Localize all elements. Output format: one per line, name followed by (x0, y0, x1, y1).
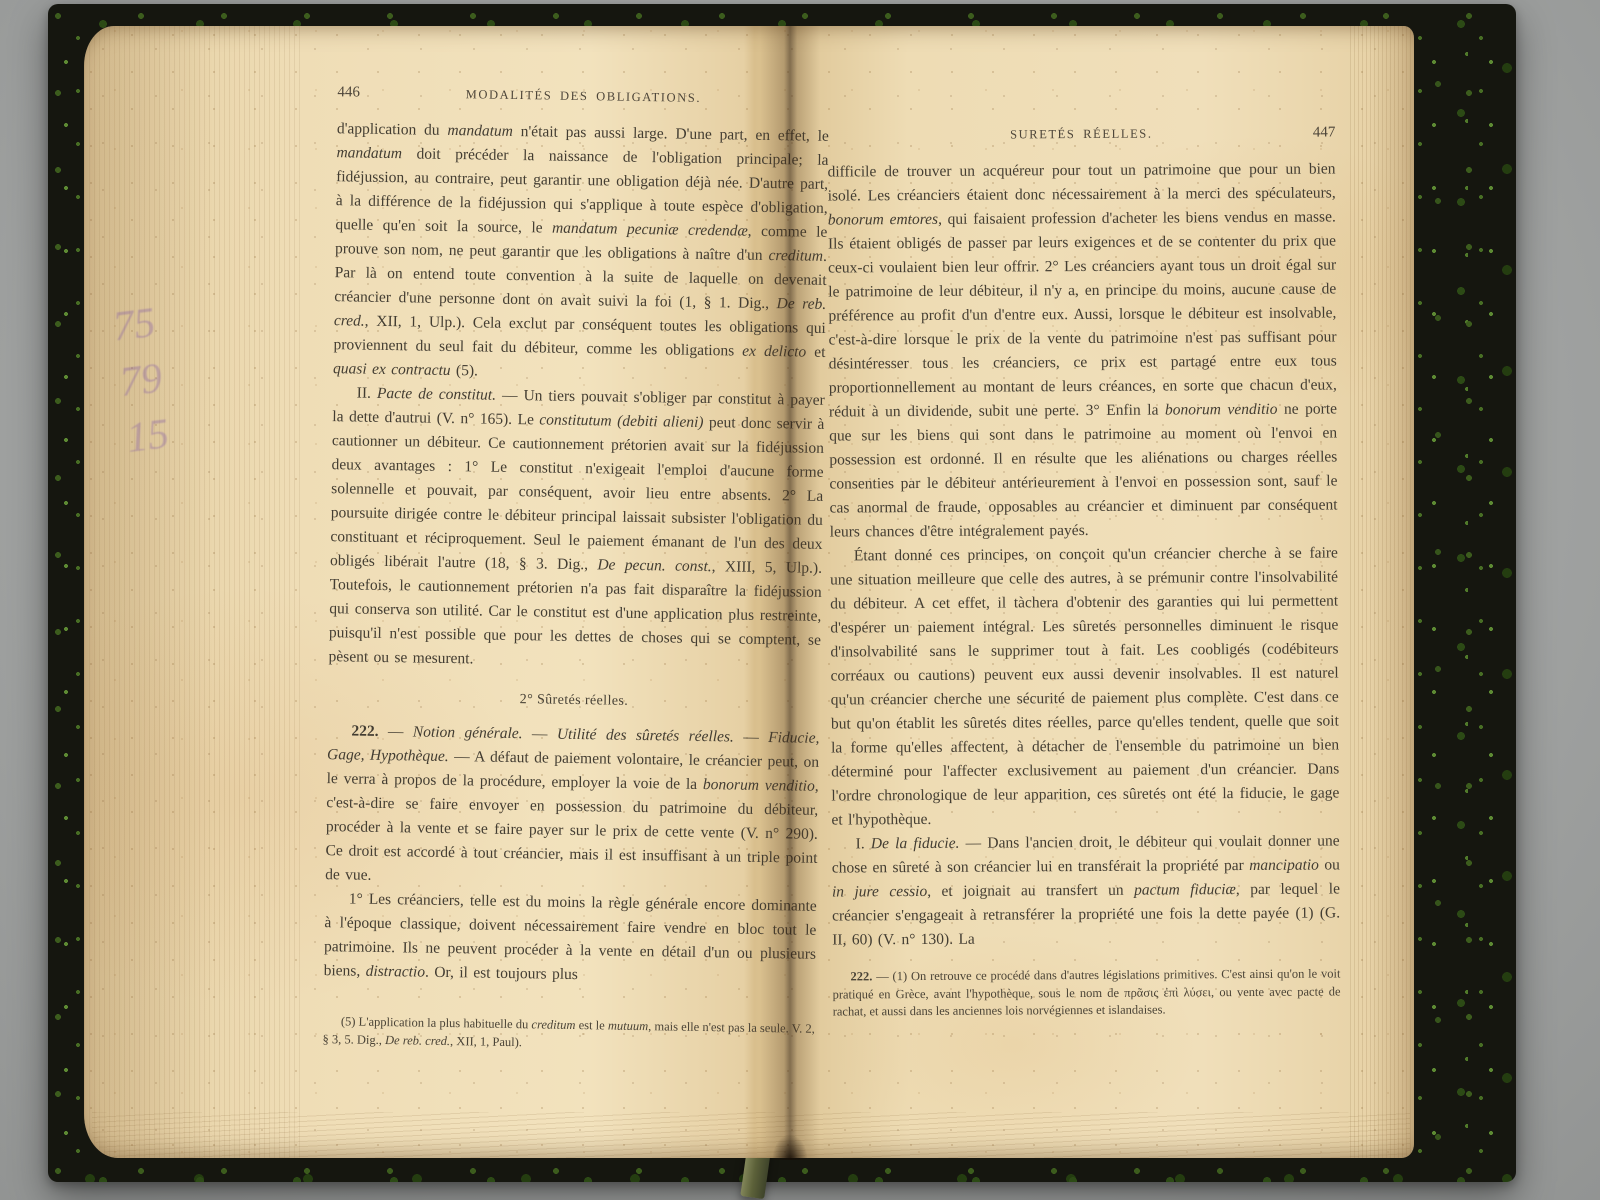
page-block: 757915 446 MODALITÉS DES OBLIGATIONS. d'… (84, 26, 1414, 1158)
right-page-header: SURETÉS RÉELLES. 447 (827, 124, 1335, 144)
bottom-page-stack (92, 1112, 1410, 1158)
right-page-number: 447 (1271, 124, 1335, 141)
paragraph: I. De la fiducie. — Dans l'ancien droit,… (832, 829, 1341, 952)
left-running-header: MODALITÉS DES OBLIGATIONS. (401, 86, 765, 107)
left-page-body: d'application du mandatum n'était pas au… (323, 117, 829, 991)
gutter-bottom-notch (772, 1134, 808, 1160)
left-page-footnote: (5) L'application la plus habituelle du … (322, 1013, 814, 1056)
book: 757915 446 MODALITÉS DES OBLIGATIONS. d'… (48, 4, 1516, 1182)
left-page: 446 MODALITÉS DES OBLIGATIONS. d'applica… (322, 84, 829, 1056)
paragraph: 222. — Notion générale. — Utilité des sû… (325, 719, 820, 895)
right-running-header: SURETÉS RÉELLES. (891, 126, 1271, 143)
fore-edge-left-page-stack (84, 26, 300, 1158)
right-page-body: difficile de trouver un acquéreur pour t… (827, 157, 1340, 952)
section-heading: 2° Sûretés réelles. (328, 689, 820, 713)
header-spacer (765, 103, 829, 104)
right-page-footnote: 222. — (1) On retrouve ce procédé dans d… (832, 965, 1340, 1021)
handwritten-mark: 15 (124, 413, 171, 460)
paragraph: 1° Les créanciers, telle est du moins la… (323, 887, 816, 991)
paragraph: Étant donné ces principes, on conçoit qu… (830, 541, 1340, 832)
photo-of-open-book: { "book": { "left_page": { "page_number"… (0, 0, 1600, 1200)
paragraph: II. Pacte de constitut. — Un tiers pouva… (328, 381, 824, 677)
handwritten-mark: 79 (118, 358, 165, 405)
handwritten-mark: 75 (111, 302, 158, 349)
paragraph: difficile de trouver un acquéreur pour t… (827, 157, 1337, 544)
left-page-number: 446 (337, 84, 401, 102)
right-page: SURETÉS RÉELLES. 447 difficile de trouve… (827, 124, 1340, 1021)
paragraph: d'application du mandatum n'était pas au… (333, 117, 829, 389)
fore-edge-right-page-stack (1350, 26, 1414, 1158)
left-page-header: 446 MODALITÉS DES OBLIGATIONS. (337, 84, 829, 109)
